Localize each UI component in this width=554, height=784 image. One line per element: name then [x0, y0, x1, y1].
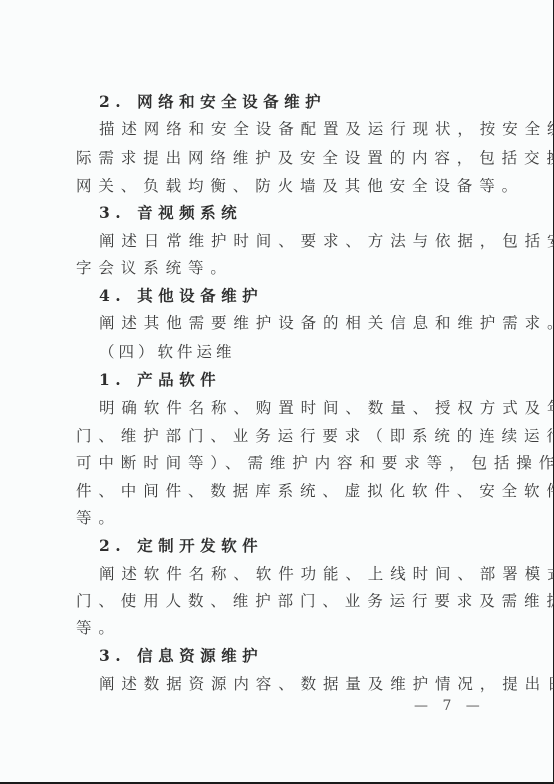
- heading-network-security: 2. 网络和安全设备维护: [99, 91, 519, 113]
- heading-custom-software: 2. 定制开发软件: [99, 535, 519, 557]
- section-title-software-ops: （四）软件运维: [99, 341, 519, 363]
- paragraph-line: 门、使用人数、维护部门、业务运行要求及需维护内容和要求: [76, 590, 496, 612]
- page-number: — 7 —: [414, 698, 485, 714]
- paragraph-line: 网关、负载均衡、防火墙及其他安全设备等。: [76, 175, 496, 197]
- heading-info-resources: 3. 信息资源维护: [99, 645, 519, 667]
- paragraph-line: 阐述数据资源内容、数据量及维护情况，提出日常维护时: [99, 673, 519, 695]
- paragraph-line: 描述网络和安全设备配置及运行现状，按安全级别要求和实: [99, 118, 519, 140]
- paragraph-line: 件、中间件、数据库系统、虚拟化软件、安全软件和备份软件: [76, 480, 496, 502]
- paragraph-line: 际需求提出网络维护及安全设置的内容，包括交换机、路由器、: [76, 147, 496, 169]
- paragraph-line: 等。: [76, 507, 496, 529]
- paragraph-line: 明确软件名称、购置时间、数量、授权方式及年限、使用部: [99, 397, 519, 419]
- document-page: 2. 网络和安全设备维护 描述网络和安全设备配置及运行现状，按安全级别要求和实 …: [0, 0, 554, 784]
- paragraph-line: 等。: [76, 617, 496, 639]
- paragraph-line: 门、维护部门、业务运行要求（即系统的连续运行时间，最大许: [76, 425, 496, 447]
- paragraph-line: 阐述日常维护时间、要求、方法与依据，包括安防系统、数: [99, 230, 519, 252]
- heading-other-equipment: 4. 其他设备维护: [99, 285, 519, 307]
- heading-product-software: 1. 产品软件: [99, 369, 519, 391]
- paragraph-line: 阐述软件名称、软件功能、上线时间、部署模式、使用部: [99, 563, 519, 585]
- paragraph-line: 字会议系统等。: [76, 257, 496, 279]
- paragraph-line: 可中断时间等）、需维护内容和要求等，包括操作系统、办公软: [76, 452, 496, 474]
- heading-av-system: 3. 音视频系统: [99, 202, 519, 224]
- paragraph-line: 阐述其他需要维护设备的相关信息和维护需求。: [99, 312, 519, 334]
